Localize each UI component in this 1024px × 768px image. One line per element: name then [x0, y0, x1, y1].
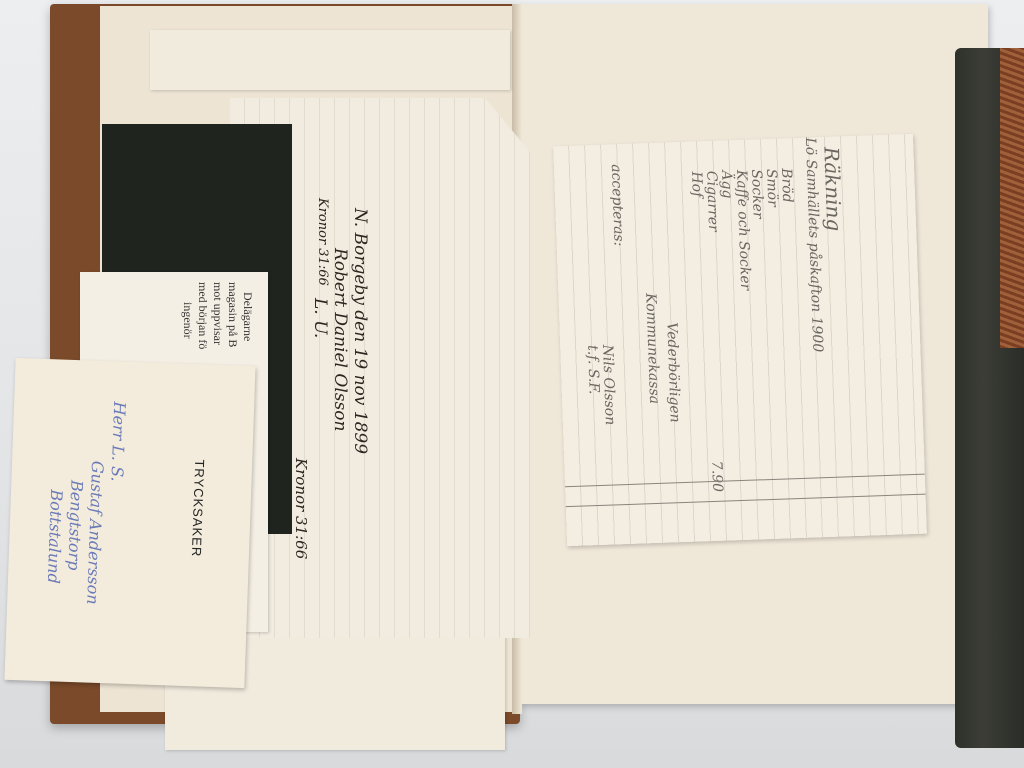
- receipt-item: Cigarrer: [703, 171, 721, 232]
- letter-amount: Kronor 31:66: [315, 198, 330, 286]
- trycksaker-label: TRYCKSAKER: [189, 459, 207, 557]
- letter-line: N. Borgeby den 19 nov 1899: [350, 208, 370, 454]
- trycksaker-card: TRYCKSAKER Herr L. S. Gustaf Andersson B…: [4, 358, 255, 688]
- receipt-signature: Nils Olsson: [599, 344, 618, 425]
- notice-line: ingenör: [180, 302, 195, 339]
- closed-book-marbled-cover: [1000, 48, 1024, 348]
- receipt-item: Bröd: [778, 168, 795, 203]
- receipt-item: Hof: [688, 171, 705, 197]
- handwriting-line: Bottstalund: [44, 489, 66, 584]
- receipt-title: Räkning: [819, 146, 846, 231]
- receipt-rule: [566, 494, 926, 508]
- notice-line: magasin på B: [225, 282, 240, 347]
- handwriting-line: Herr L. S.: [107, 401, 129, 482]
- handwriting-line: Bengtstorp: [64, 480, 86, 571]
- receipt-initials: t.f. S.F.: [584, 345, 602, 395]
- receipt-footer: Kommunekassa: [642, 293, 662, 404]
- letter-amount: Kronor 31:66: [292, 458, 310, 559]
- notice-line: mot uppvisar: [210, 282, 225, 345]
- receipt-signature-label: accepteras:: [608, 164, 627, 247]
- handwriting-line: Gustaf Andersson: [83, 461, 107, 605]
- receipt-item: Socker: [748, 169, 766, 219]
- receipt-rule: [565, 474, 925, 488]
- notice-line: med början fö: [195, 282, 210, 349]
- receipt-footer: Vederbörligen: [663, 322, 682, 423]
- loose-sheet: [150, 30, 510, 90]
- receipt-item: Smör: [763, 169, 780, 208]
- receipt-ledger: Räkning Lö Samhällets påskafton 1900 Brö…: [553, 134, 927, 546]
- letter-line: L. U.: [310, 298, 330, 338]
- letter-line: Robert Daniel Olsson: [330, 248, 350, 431]
- receipt-item: Ägg: [718, 170, 735, 199]
- receipt-total: 7.90: [708, 461, 725, 493]
- notice-line: Delägarne: [240, 292, 255, 341]
